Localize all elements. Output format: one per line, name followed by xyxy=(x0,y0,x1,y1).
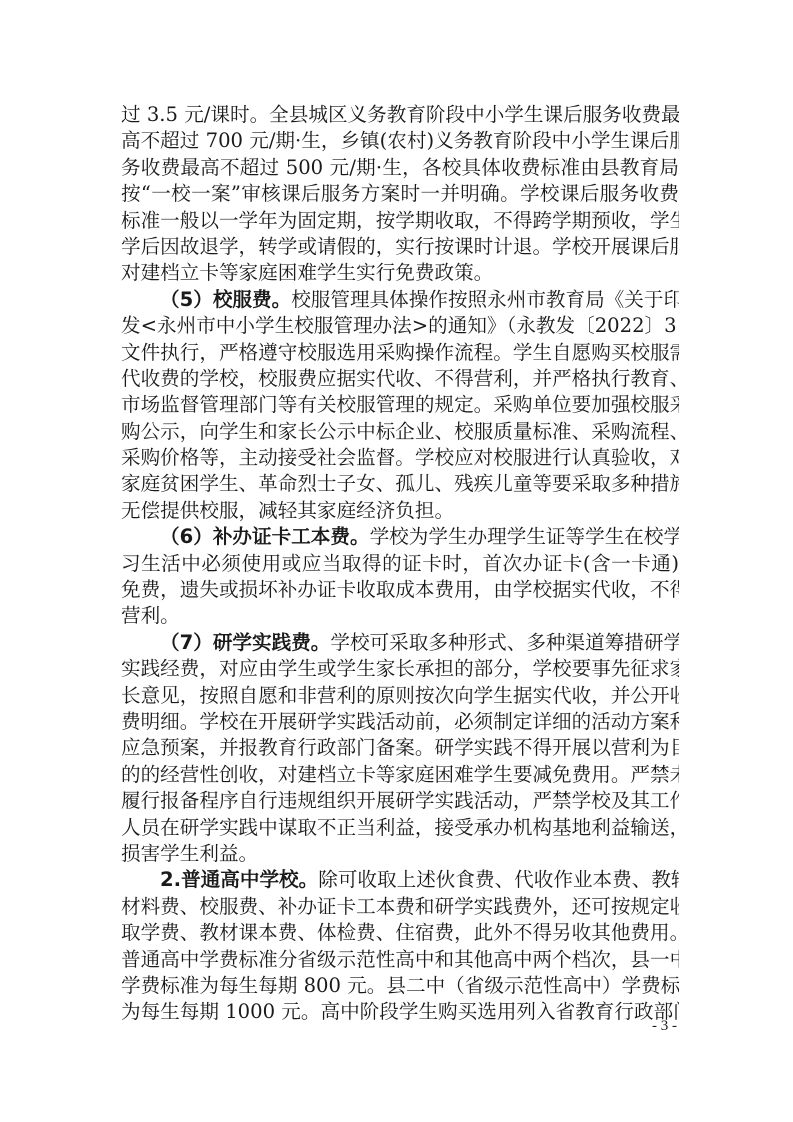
text-line: 购公示，向学生和家长公示中标企业、校服质量标准、采购流程、 xyxy=(121,419,679,445)
text-line: 代收费的学校，校服费应据实代收、不得营利，并严格执行教育、 xyxy=(121,366,679,392)
text-line: 长意见，按照自愿和非营利的原则按次向学生据实代收，并公开收 xyxy=(121,683,679,709)
body-text: 过 3.5 元/课时。全县城区义务教育阶段中小学生课后服务收费最 高不超过 70… xyxy=(121,102,679,1026)
section-heading-card-fee: （6）补办证卡工本费。 xyxy=(160,525,370,548)
text-line: 按“一校一案”审核课后服务方案时一并明确。学校课后服务收费 xyxy=(121,181,679,207)
text-line: 人员在研学实践中谋取不正当利益，接受承办机构基地利益输送， xyxy=(121,815,679,841)
section-2-first-line: 2.普通高中学校。除可收取上述伙食费、代收作业本费、教辅 xyxy=(121,867,679,893)
text-line: 的的经营性创收，对建档立卡等家庭困难学生要减免费用。严禁未 xyxy=(121,762,679,788)
text-line: 应急预案，并报教育行政部门备案。研学实践不得开展以营利为目 xyxy=(121,735,679,761)
text-line: 学费标准为每生每期 800 元。县二中（省级示范性高中）学费标准 xyxy=(121,973,679,999)
document-page: 过 3.5 元/课时。全县城区义务教育阶段中小学生课后服务收费最 高不超过 70… xyxy=(0,0,793,1122)
text-line: 履行报备程序自行违规组织开展研学实践活动，严禁学校及其工作 xyxy=(121,788,679,814)
text-span: 校服管理具体操作按照永州市教育局《关于印 xyxy=(291,288,679,311)
text-line: 务收费最高不超过 500 元/期·生，各校具体收费标准由县教育局 xyxy=(121,155,679,181)
page-number: - 3 - xyxy=(652,1018,677,1035)
section-heading-uniform-fee: （5）校服费。 xyxy=(160,288,291,311)
text-line: 免费，遗失或损坏补办证卡收取成本费用，由学校据实代收，不得 xyxy=(121,577,679,603)
text-line: 实践经费，对应由学生或学生家长承担的部分，学校要事先征求家 xyxy=(121,656,679,682)
section-5-first-line: （5）校服费。校服管理具体操作按照永州市教育局《关于印 xyxy=(121,287,679,313)
text-line: 对建档立卡等家庭困难学生实行免费政策。 xyxy=(121,260,679,286)
text-line: 取学费、教材课本费、体检费、住宿费，此外不得另收其他费用。 xyxy=(121,920,679,946)
text-line: 费明细。学校在开展研学实践活动前，必须制定详细的活动方案和 xyxy=(121,709,679,735)
text-line: 文件执行，严格遵守校服选用采购操作流程。学生自愿购买校服需 xyxy=(121,340,679,366)
text-line: 普通高中学费标准分省级示范性高中和其他高中两个档次，县一中 xyxy=(121,947,679,973)
text-line: 损害学生利益。 xyxy=(121,841,679,867)
text-line: 过 3.5 元/课时。全县城区义务教育阶段中小学生课后服务收费最 xyxy=(121,102,679,128)
text-span: 学校为学生办理学生证等学生在校学 xyxy=(370,525,679,548)
text-line: 家庭贫困学生、革命烈士子女、孤儿、残疾儿童等要采取多种措施 xyxy=(121,471,679,497)
text-span: 除可收取上述伙食费、代收作业本费、教辅 xyxy=(318,868,679,891)
section-7-first-line: （7）研学实践费。学校可采取多种形式、多种渠道筹措研学 xyxy=(121,630,679,656)
section-heading-high-school: 2.普通高中学校。 xyxy=(160,868,318,891)
text-line: 材料费、校服费、补办证卡工本费和研学实践费外，还可按规定收 xyxy=(121,894,679,920)
text-line: 发<永州市中小学生校服管理办法>的通知》（永教发〔2022〕3 号） xyxy=(121,313,679,339)
text-line: 高不超过 700 元/期·生，乡镇(农村)义务教育阶段中小学生课后服 xyxy=(121,128,679,154)
text-line: 为每生每期 1000 元。高中阶段学生购买选用列入省教育行政部门 xyxy=(121,999,679,1025)
text-span: 学校可采取多种形式、多种渠道筹措研学 xyxy=(330,631,679,654)
text-line: 采购价格等，主动接受社会监督。学校应对校服进行认真验收，对 xyxy=(121,445,679,471)
text-line: 无偿提供校服，减轻其家庭经济负担。 xyxy=(121,498,679,524)
section-6-first-line: （6）补办证卡工本费。学校为学生办理学生证等学生在校学 xyxy=(121,524,679,550)
text-line: 学后因故退学，转学或请假的，实行按课时计退。学校开展课后服务 xyxy=(121,234,679,260)
text-line: 习生活中必须使用或应当取得的证卡时，首次办证卡(含一卡通) xyxy=(121,551,679,577)
section-heading-study-practice-fee: （7）研学实践费。 xyxy=(160,631,330,654)
text-line: 市场监督管理部门等有关校服管理的规定。采购单位要加强校服采 xyxy=(121,392,679,418)
text-line: 营利。 xyxy=(121,603,679,629)
text-line: 标准一般以一学年为固定期，按学期收取，不得跨学期预收，学生入 xyxy=(121,208,679,234)
